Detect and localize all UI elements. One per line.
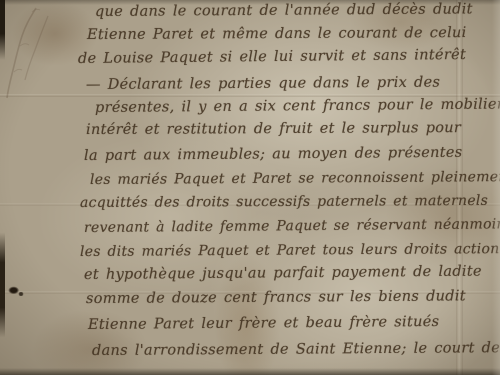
manuscript-line: intérêt et restitution de fruit et le su… bbox=[86, 119, 461, 139]
manuscript-line: la part aux immeubles; au moyen des prés… bbox=[84, 144, 463, 165]
photo-edge-right bbox=[492, 0, 500, 375]
manuscript-line: Etienne Paret leur frère et beau frère s… bbox=[88, 313, 439, 334]
manuscript-line: somme de douze cent francs sur les biens… bbox=[86, 287, 466, 308]
manuscript-line: les dits mariés Paquet et Paret tous leu… bbox=[80, 240, 500, 261]
manuscript-line: les mariés Paquet et Paret se reconnoiss… bbox=[90, 168, 500, 189]
manuscript-line: — Déclarant les parties que dans le prix… bbox=[86, 74, 440, 94]
photo-edge-bottom bbox=[0, 368, 500, 375]
photo-edge-top bbox=[0, 0, 500, 5]
manuscript-line: de Louise Paquet si elle lui survit et s… bbox=[78, 46, 466, 68]
bleedthrough-writing-mark bbox=[2, 2, 62, 132]
manuscript-line: et hypothèque jusqu'au parfait payement … bbox=[84, 263, 482, 284]
ink-blot bbox=[6, 284, 23, 298]
manuscript-line: revenant à ladite femme Paquet se réserv… bbox=[84, 215, 500, 237]
manuscript-line: acquittés des droits successifs paternel… bbox=[80, 192, 488, 212]
manuscript-line: Etienne Paret et même dans le courant de… bbox=[87, 24, 467, 44]
manuscript-line: présentes, il y en a six cent francs pou… bbox=[95, 95, 500, 117]
photo-edge-left bbox=[0, 0, 5, 375]
manuscript-line: dans l'arrondissement de Saint Etienne; … bbox=[92, 339, 500, 360]
manuscript-photo: que dans le courant de l'année dud décès… bbox=[0, 0, 500, 375]
